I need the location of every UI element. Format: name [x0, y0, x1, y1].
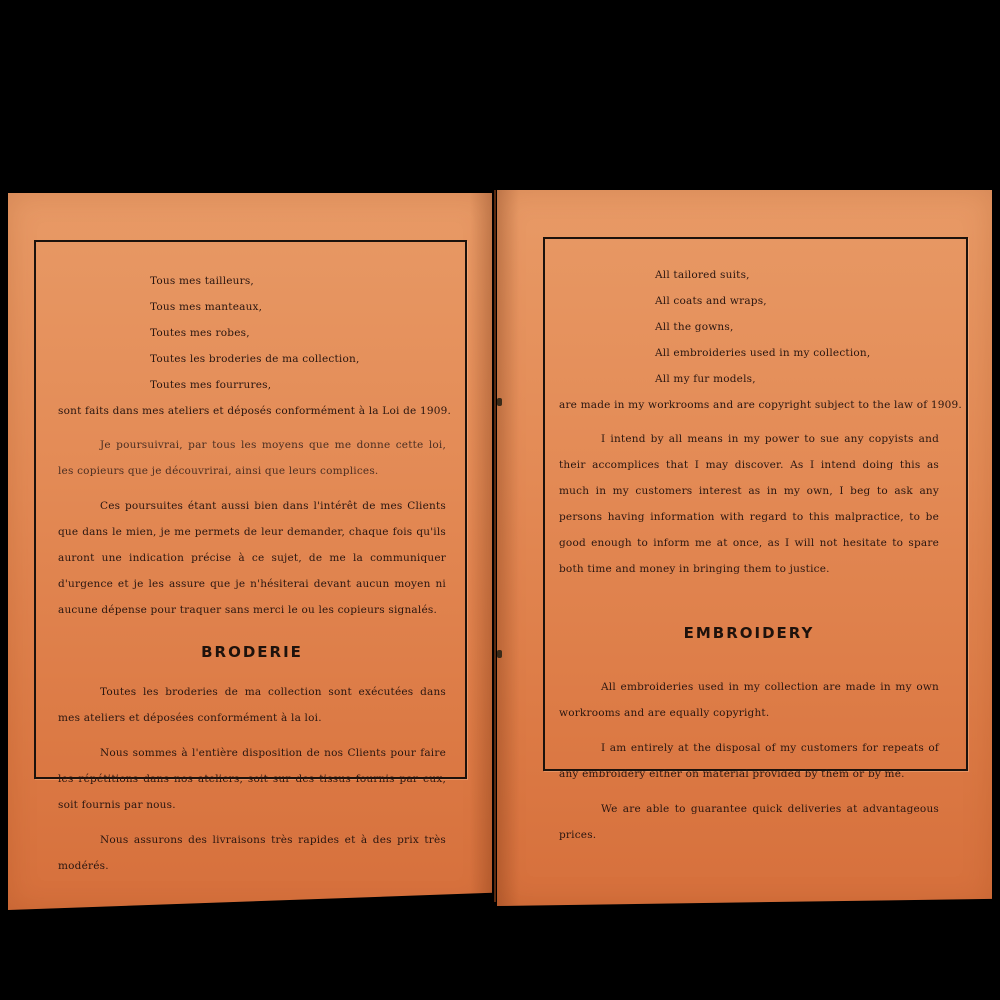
right-page: All tailored suits, All coats and wraps,… — [497, 190, 992, 906]
book-spine — [494, 190, 496, 902]
section-heading: BRODERIE — [58, 641, 446, 663]
section-heading: EMBROIDERY — [559, 622, 939, 644]
law-statement: are made in my workrooms and are copyrig… — [559, 392, 939, 418]
paragraph: Toutes les broderies de ma collection so… — [58, 679, 446, 731]
paragraph: Nous assurons des livraisons très rapide… — [58, 827, 446, 879]
paragraph: Nous sommes à l'entière disposition de n… — [58, 740, 446, 818]
paragraph: I am entirely at the disposal of my cust… — [559, 735, 939, 787]
list-item: All embroideries used in my collection, — [559, 340, 939, 366]
paragraph: We are able to guarantee quick deliverie… — [559, 796, 939, 848]
law-statement: sont faits dans mes ateliers et déposés … — [58, 398, 446, 424]
left-page-content: Tous mes tailleurs, Tous mes manteaux, T… — [58, 268, 446, 879]
binding-staple — [497, 398, 502, 406]
paragraph: I intend by all means in my power to sue… — [559, 426, 939, 582]
list-item: Tous mes manteaux, — [58, 294, 446, 320]
list-item: All my fur models, — [559, 366, 939, 392]
paragraph: All embroideries used in my collection a… — [559, 674, 939, 726]
paragraph: Ces poursuites étant aussi bien dans l'i… — [58, 493, 446, 623]
list-item: All tailored suits, — [559, 262, 939, 288]
paragraph: Je poursuivrai, par tous les moyens que … — [58, 432, 446, 484]
list-item: All coats and wraps, — [559, 288, 939, 314]
list-item: All the gowns, — [559, 314, 939, 340]
list-item: Toutes les broderies de ma collection, — [58, 346, 446, 372]
binding-staple — [497, 650, 502, 658]
list-item: Toutes mes fourrures, — [58, 372, 446, 398]
list-item: Tous mes tailleurs, — [58, 268, 446, 294]
right-page-content: All tailored suits, All coats and wraps,… — [559, 262, 939, 848]
spine-shadow — [497, 190, 519, 906]
spine-shadow — [470, 193, 492, 910]
list-item: Toutes mes robes, — [58, 320, 446, 346]
left-page: Tous mes tailleurs, Tous mes manteaux, T… — [8, 193, 492, 910]
